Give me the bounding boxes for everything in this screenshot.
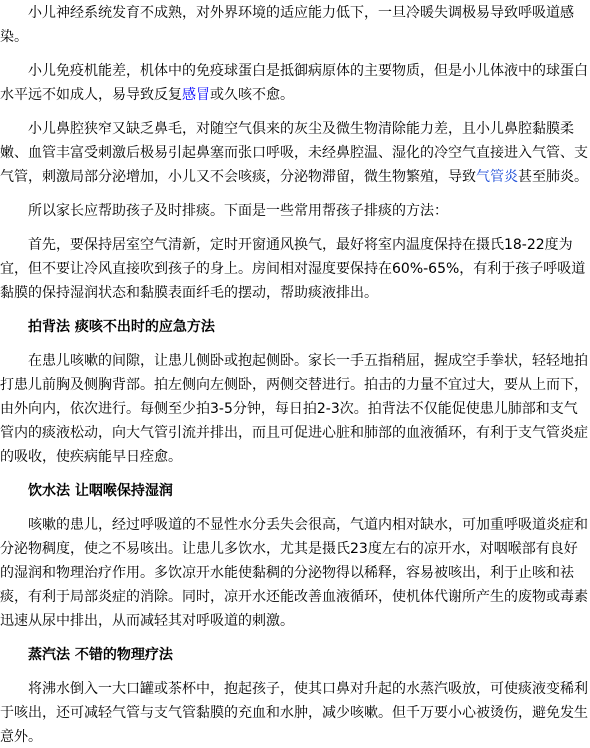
heading-steam: 蒸汽法 不错的物理疗法 [0, 643, 590, 667]
paragraph-immunity: 小儿免疫机能差，机体中的免疫球蛋白是抵御病原体的主要物质，但是小儿体液中的球蛋白… [0, 59, 590, 107]
paragraph-nasal-cavity: 小儿鼻腔狭窄又缺乏鼻毛，对随空气俱来的灰尘及微生物清除能力差，且小儿鼻腔黏膜柔嫩… [0, 117, 590, 189]
article-body: 小儿神经系统发育不成熟，对外界环境的适应能力低下，一旦冷暖失调极易导致呼吸道感染… [0, 1, 590, 748]
paragraph-drinking-water: 咳嗽的患儿，经过呼吸道的不显性水分丢失会很高，气道内相对缺水，可加重呼吸道炎症和… [0, 513, 590, 633]
paragraph-text: 小儿免疫机能差，机体中的免疫球蛋白是抵御病原体的主要物质，但是小儿体液中的球蛋白… [0, 63, 588, 103]
paragraph-intro-methods: 所以家长应帮助孩子及时排痰。下面是一些常用帮孩子排痰的方法： [0, 199, 590, 223]
link-cold[interactable]: 感冒 [182, 87, 210, 103]
heading-back-patting: 拍背法 痰咳不出时的应急方法 [0, 315, 590, 339]
heading-drinking-water: 饮水法 让咽喉保持湿润 [0, 479, 590, 503]
paragraph-back-patting: 在患儿咳嗽的间隙，让患儿侧卧或抱起侧卧。家长一手五指稍屈，握成空手拳状，轻轻地拍… [0, 349, 590, 469]
paragraph-room-environment: 首先，要保持居室空气清新，定时开窗通风换气，最好将室内温度保持在摄氏18-22度… [0, 233, 590, 305]
link-bronchitis[interactable]: 气管炎 [476, 169, 518, 185]
paragraph-nervous-system: 小儿神经系统发育不成熟，对外界环境的适应能力低下，一旦冷暖失调极易导致呼吸道感染… [0, 1, 590, 49]
paragraph-steam: 将沸水倒入一大口罐或茶杯中，抱起孩子，使其口鼻对升起的水蒸汽吸放，可使痰液变稀利… [0, 677, 590, 748]
paragraph-text: 或久咳不愈。 [210, 87, 294, 103]
paragraph-text: 甚至肺炎。 [518, 169, 588, 185]
